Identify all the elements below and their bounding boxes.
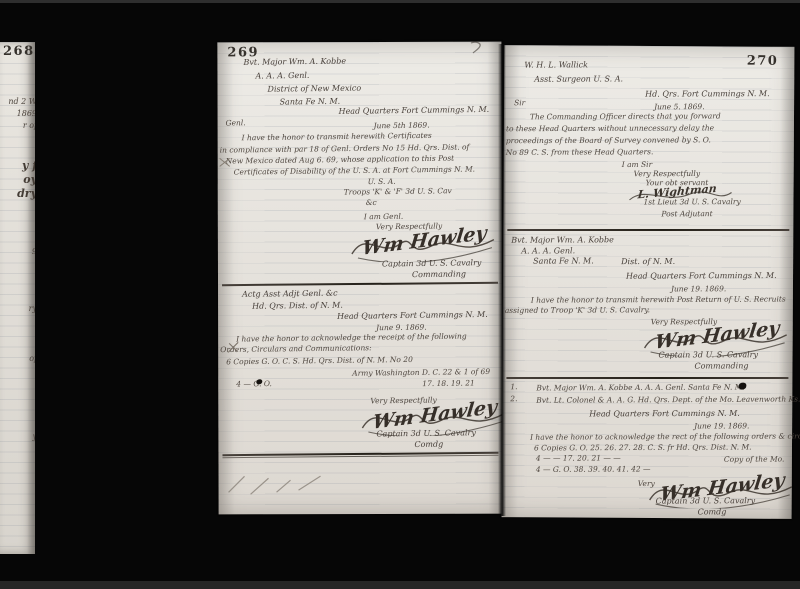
dateline-date: June 19. 1869. — [694, 422, 749, 430]
address-line: Actg Asst Adjt Genl. &c — [242, 290, 338, 299]
body-line: Copy of the Mo. — [724, 456, 785, 464]
handwriting-fragment: ry — [29, 304, 35, 313]
body-line: to these Head Quarters without unnecessa… — [506, 124, 714, 132]
address-line: A. A. A. Genl. — [255, 72, 309, 81]
address-line: Bvt. Major Wm. A. Kobbe — [511, 236, 614, 244]
address-line: Santa Fe N. M. — [279, 98, 340, 107]
address-line: Asst. Surgeon U. S. A. — [534, 75, 623, 83]
microfilm-scan-background: 268 nd 2 W 1869 r of y f oy dry 9 ry of … — [0, 0, 800, 589]
closing-line: I am Genl. — [364, 213, 403, 221]
dateline-place: Head Quarters Fort Cummings N. M. — [337, 311, 488, 321]
body-line: New Mexico dated Aug 6. 69, whose applic… — [226, 155, 455, 165]
page-270: 270 W. H. L. Wallick Asst. Surgeon U. S.… — [502, 45, 795, 519]
dateline-date: June 19. 1869. — [671, 285, 726, 293]
address-number: 2. — [510, 395, 517, 403]
body-line: &c — [366, 199, 377, 207]
dateline-date: June 9. 1869. — [376, 324, 427, 332]
body-line: assigned to Troop 'K' 3d U. S. Cavalry. — [505, 306, 650, 314]
body-line: I have the honor to acknowledge the rece… — [236, 333, 467, 344]
body-line: No 89 C. S. from these Head Quarters. — [506, 148, 654, 156]
dateline-date: June 5. 1869. — [654, 103, 705, 111]
dateline-date: June 5th 1869. — [374, 122, 430, 130]
entry-divider — [506, 377, 788, 379]
page-number-268: 268 — [3, 44, 35, 59]
dateline-place: Head Quarters Fort Cummings N. M. — [626, 272, 777, 281]
signature-title: Captain 3d U. S. Cavalry — [382, 259, 482, 268]
handwriting-fragment: of — [29, 354, 35, 363]
address-line: Santa Fe N. M. — [533, 257, 594, 265]
body-line: The Commanding Officer directs that you … — [530, 112, 721, 120]
address-line: District of New Mexico — [267, 85, 361, 94]
address-line: Bvt. Major Wm. A. Kobbe A. A. A. Genl. S… — [536, 384, 744, 392]
signature-role: Commanding — [694, 362, 748, 370]
body-line: Orders, Circulars and Communications: — [220, 344, 372, 353]
page-269: 269 Bvt. Major Wm. A. Kobbe A. A. A. Gen… — [217, 42, 502, 515]
handwriting-fragment: r of — [23, 121, 35, 130]
handwriting-fragment: nd 2 W — [8, 97, 35, 106]
body-line: I have the honor to acknowledge the rect… — [530, 433, 800, 442]
film-edge-top — [0, 0, 800, 3]
pencil-mark — [226, 340, 240, 354]
address-line: Hd. Qrs. Dist. of N. M. — [252, 302, 343, 311]
body-line: U. S. A. — [368, 178, 396, 186]
ink-blot — [738, 383, 746, 390]
body-line: in compliance with par 18 of Genl. Order… — [220, 143, 470, 154]
body-line: Troops 'K' & 'F' 3d U. S. Cav — [344, 187, 452, 196]
body-line: 17. 18. 19. 21 — [422, 379, 475, 387]
signature-title: 1st Lieut 3d U. S. Cavalry — [643, 198, 740, 206]
address-line: W. H. L. Wallick — [524, 61, 588, 69]
body-line: 6 Copies G. O. C. S. Hd. Qrs. Dist. of N… — [226, 356, 413, 366]
handwriting-fragment: 9 — [32, 247, 35, 256]
handwriting-fragment: oy — [23, 173, 35, 186]
address-line: Bvt. Major Wm. A. Kobbe — [243, 57, 346, 66]
signature-title: Captain 3d U. S. Cavalry — [656, 497, 756, 505]
body-line: I have the honor to transmit herewith Po… — [531, 296, 786, 305]
entry-divider — [507, 229, 789, 231]
closing-line: I am Sir — [622, 161, 652, 169]
address-number: 1. — [510, 383, 517, 391]
page-number-270: 270 — [747, 54, 779, 69]
ink-smudge — [468, 40, 484, 54]
body-line: I have the honor to transmit herewith Ce… — [242, 132, 432, 142]
signature-title: Captain 3d U. S. Cavalry — [659, 351, 759, 359]
pencil-mark — [218, 156, 232, 168]
body-line: Army Washington D. C. 22 & 1 of 69 — [352, 368, 490, 377]
signature-role: Comdg — [698, 508, 727, 516]
body-line: 4 — G. O. — [236, 380, 272, 388]
signature-block: Wm Hawley — [354, 228, 504, 262]
dateline-place: Hd. Qrs. Fort Cummings N. M. — [646, 90, 771, 99]
body-line: 4 — — 17. 20. 21 — — — [536, 454, 621, 462]
handwriting-fragment: 1869 — [17, 109, 35, 118]
signature-role: Post Adjutant — [661, 210, 712, 218]
salutation: Genl. — [226, 119, 246, 127]
dateline-place: Head Quarters Fort Cummings N. M. — [590, 410, 741, 419]
body-line: proceedings of the Board of Survey conve… — [506, 136, 711, 144]
closing-line: Very Respectfully — [634, 170, 700, 178]
page-268-sliver: 268 nd 2 W 1869 r of y f oy dry 9 ry of … — [0, 42, 35, 554]
body-line: Certificates of Disability of the U. S. … — [234, 165, 475, 176]
body-line: 6 Copies G. O. 25. 26. 27. 28. C. S. fr … — [534, 443, 752, 451]
film-edge-bottom — [0, 581, 800, 589]
dateline-place: Head Quarters Fort Cummings N. M. — [339, 106, 490, 116]
signature-role: Commanding — [412, 270, 466, 279]
handwriting-fragment: dry — [17, 187, 35, 200]
body-line: 4 — G. O. 38. 39. 40. 41. 42 — — [536, 465, 651, 473]
pencil-scribble — [225, 470, 335, 500]
handwriting-fragment: y — [32, 432, 35, 441]
address-line: Bvt. Lt. Colonel & A. A. G. Hd. Qrs. Dep… — [536, 396, 800, 405]
handwriting-fragment: y f — [22, 159, 35, 172]
entry-divider — [222, 282, 498, 286]
address-line: Dist. of N. M. — [621, 258, 675, 266]
salutation: Sir — [514, 99, 525, 107]
signature-title: Captain 3d U. S. Cavalry — [376, 429, 476, 438]
signature-role: Comdg — [414, 441, 443, 449]
address-line: A. A. A. Genl. — [521, 247, 575, 255]
book-gutter — [498, 44, 506, 516]
